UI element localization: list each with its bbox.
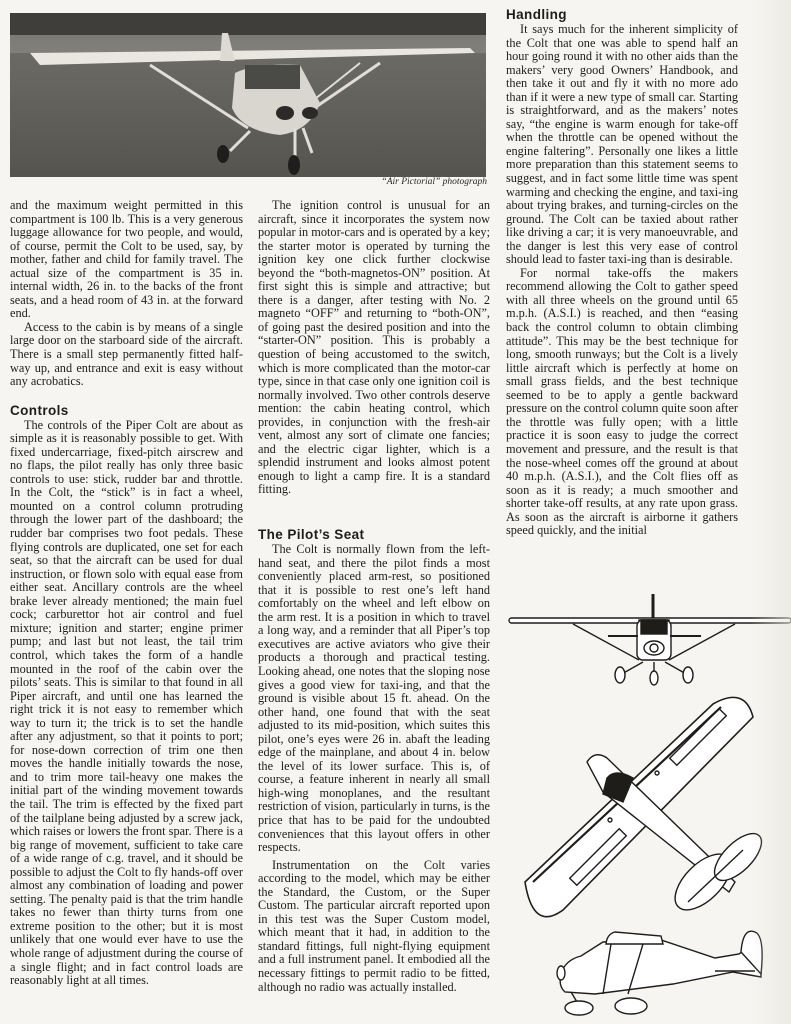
paragraph-pilot-seat: The Colt is normally flown from the left…	[258, 543, 490, 855]
column-2: The ignition control is unusual for an a…	[258, 199, 490, 994]
heading-controls: Controls	[10, 403, 243, 419]
paragraph-ignition: The ignition control is unusual for an a…	[258, 199, 490, 497]
aircraft-photo	[10, 13, 486, 177]
paragraph-takeoff: For normal take-offs the makers recommen…	[506, 267, 738, 538]
paragraph-handling: It says much for the inherent simplicity…	[506, 23, 738, 267]
column-1: and the maximum weight permitted in this…	[10, 199, 243, 988]
airplane-photo-icon	[10, 13, 486, 177]
paragraph-instrumentation: Instrumentation on the Colt varies accor…	[258, 859, 490, 994]
front-view	[509, 594, 791, 685]
three-view-drawing	[503, 582, 791, 1024]
side-view	[557, 931, 762, 1015]
photo-caption: “Air Pictorial” photograph	[300, 177, 487, 187]
paragraph-cabin-access: Access to the cabin is by means of a sin…	[10, 321, 243, 389]
heading-handling: Handling	[506, 7, 738, 23]
paragraph-controls: The controls of the Piper Colt are about…	[10, 419, 243, 988]
airplane-three-view-icon	[503, 582, 791, 1024]
plan-view	[525, 697, 769, 919]
magazine-page: “Air Pictorial” photograph and the maxim…	[0, 0, 791, 1024]
column-3: Handling It says much for the inherent s…	[506, 7, 738, 538]
paragraph-luggage: and the maximum weight permitted in this…	[10, 199, 243, 321]
heading-pilot-seat: The Pilot’s Seat	[258, 527, 490, 543]
